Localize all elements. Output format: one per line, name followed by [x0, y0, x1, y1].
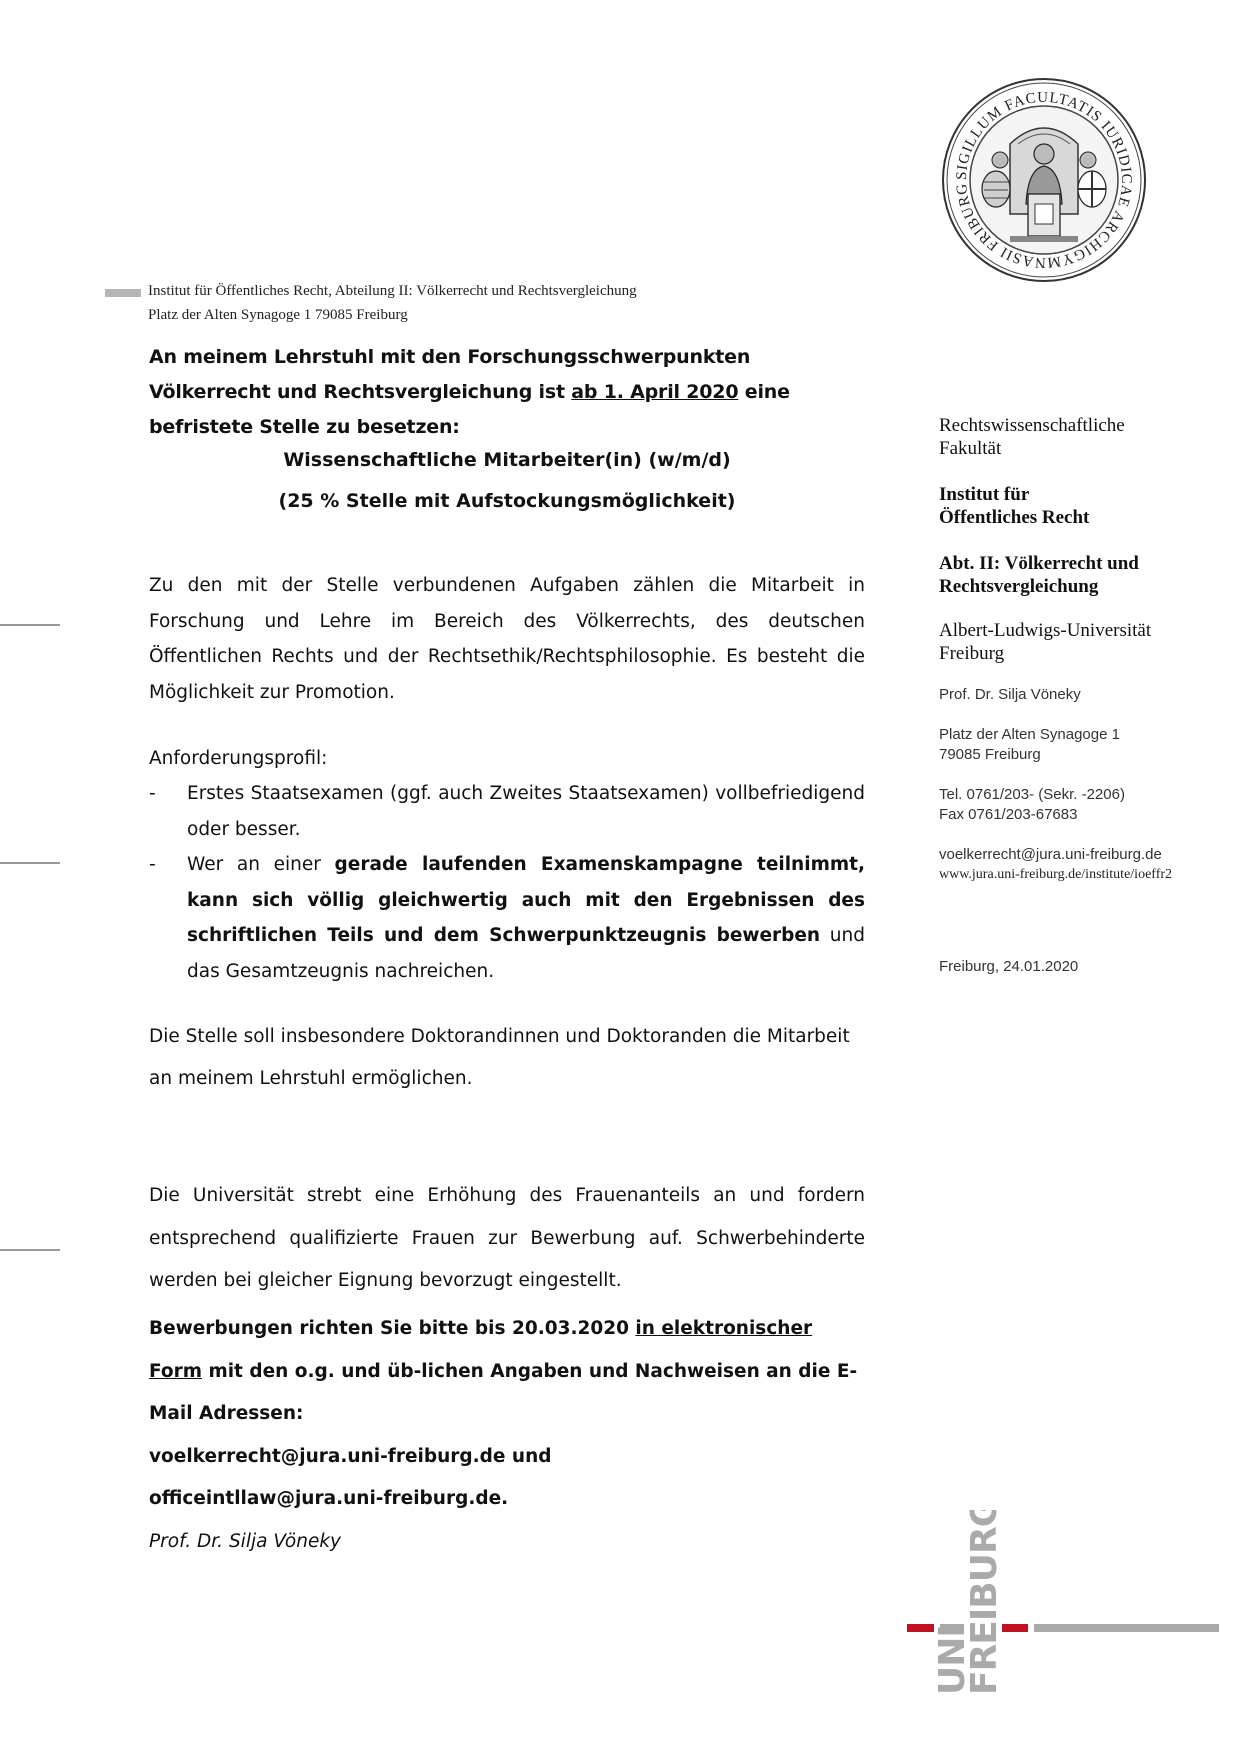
phone-fax: Tel. 0761/203- (Sekr. -2206) Fax 0761/20…: [939, 785, 1229, 825]
letter-date: Freiburg, 24.01.2020: [939, 957, 1229, 977]
tasks-text: Zu den mit der Stelle verbundenen Aufgab…: [149, 568, 865, 710]
professor-name: Prof. Dr. Silja Vöneky: [939, 685, 1229, 705]
requirement-text: Erstes Staatsexamen (ggf. auch Zweites S…: [187, 783, 865, 840]
sender-line-2: Platz der Alten Synagoge 1 79085 Freibur…: [148, 303, 637, 327]
requirements-list: - Erstes Staatsexamen (ggf. auch Zweites…: [149, 776, 865, 989]
bullet-dash: -: [149, 776, 156, 812]
email-link-1[interactable]: voelkerrecht@jura.uni-freiburg.de: [149, 1446, 505, 1467]
position-heading: Wissenschaftliche Mitarbeiter(in) (w/m/d…: [149, 440, 865, 522]
sender-address: Institut für Öffentliches Recht, Abteilu…: [148, 279, 637, 327]
conjunction: und: [505, 1446, 551, 1467]
fax: Fax 0761/203-67683: [939, 805, 1229, 825]
sender-marker: [105, 289, 141, 297]
fold-mark-top: [0, 624, 60, 626]
faculty: Rechtswissenschaftliche Fakultät: [939, 414, 1229, 460]
doctoral-text: Die Stelle soll insbesondere Doktorandin…: [149, 1016, 865, 1100]
application-text: Bewerbungen richten Sie bitte bis 20.03.…: [149, 1318, 635, 1339]
equality-text: Die Universität strebt eine Erhöhung des…: [149, 1175, 865, 1303]
requirement-item: - Wer an einer gerade laufenden Examensk…: [149, 847, 865, 989]
institute-line-1: Institut für: [939, 483, 1229, 506]
email-link-2[interactable]: officeintllaw@jura.uni-freiburg.de.: [149, 1488, 508, 1509]
application-paragraph: Bewerbungen richten Sie bitte bis 20.03.…: [149, 1308, 865, 1521]
institute-line-2: Öffentliches Recht: [939, 506, 1229, 529]
requirements-heading-text: Anforderungsprofil:: [149, 742, 865, 776]
department-line-1: Abt. II: Völkerrecht und: [939, 552, 1229, 575]
university-line-1: Albert-Ludwigs-Universität: [939, 619, 1229, 642]
signature: Prof. Dr. Silja Vöneky: [149, 1528, 865, 1556]
tasks-paragraph: Zu den mit der Stelle verbundenen Aufgab…: [149, 568, 865, 710]
telephone: Tel. 0761/203- (Sekr. -2206): [939, 785, 1229, 805]
intro-paragraph: An meinem Lehrstuhl mit den Forschungssc…: [149, 340, 865, 445]
postal-address: Platz der Alten Synagoge 1 79085 Freibur…: [939, 725, 1229, 765]
sidebar-website-link[interactable]: www.jura.uni-freiburg.de/institute/ioeff…: [939, 865, 1229, 885]
svg-text:FREIBURG: FREIBURG: [964, 1510, 1005, 1695]
bullet-dash: -: [149, 847, 156, 883]
department-line-2: Rechtsvergleichung: [939, 575, 1229, 598]
sender-line-1: Institut für Öffentliches Recht, Abteilu…: [148, 279, 637, 303]
department: Abt. II: Völkerrecht und Rechtsvergleich…: [939, 552, 1229, 598]
application-text-end: mit den o.g. und üb-lichen Angaben und N…: [149, 1361, 857, 1425]
requirement-item: - Erstes Staatsexamen (ggf. auch Zweites…: [149, 776, 865, 847]
professor: Prof. Dr. Silja Vöneky: [939, 685, 1229, 705]
university-line-2: Freiburg: [939, 642, 1229, 665]
address-city: 79085 Freiburg: [939, 745, 1229, 765]
position-subtitle: (25 % Stelle mit Aufstockungsmöglichkeit…: [149, 481, 865, 522]
letterhead-sidebar: Rechtswissenschaftliche Fakultät Institu…: [939, 414, 1229, 977]
university: Albert-Ludwigs-Universität Freiburg: [939, 619, 1229, 665]
institute: Institut für Öffentliches Recht: [939, 483, 1229, 529]
fold-mark-bottom: [0, 1249, 60, 1251]
contact-links: voelkerrecht@jura.uni-freiburg.de www.ju…: [939, 845, 1229, 885]
uni-freiburg-logo-icon: UNI FREIBURG: [900, 1510, 1220, 1710]
university-seal-icon: SIGILLUM FACULTATIS IURIDICAE ARCHIGYMNA…: [940, 64, 1148, 296]
position-title: Wissenschaftliche Mitarbeiter(in) (w/m/d…: [149, 440, 865, 481]
requirement-text: Wer an einer: [187, 854, 335, 875]
sidebar-email-link[interactable]: voelkerrecht@jura.uni-freiburg.de: [939, 845, 1229, 865]
requirements-heading: Anforderungsprofil:: [149, 742, 865, 776]
equality-paragraph: Die Universität strebt eine Erhöhung des…: [149, 1175, 865, 1303]
faculty-line-2: Fakultät: [939, 437, 1229, 460]
faculty-line-1: Rechtswissenschaftliche: [939, 414, 1229, 437]
doctoral-paragraph: Die Stelle soll insbesondere Doktorandin…: [149, 1016, 865, 1100]
address-street: Platz der Alten Synagoge 1: [939, 725, 1229, 745]
start-date: ab 1. April 2020: [571, 381, 738, 403]
signature-name: Prof. Dr. Silja Vöneky: [149, 1528, 865, 1556]
date-text: Freiburg, 24.01.2020: [939, 957, 1229, 977]
punch-mark: [0, 862, 60, 864]
